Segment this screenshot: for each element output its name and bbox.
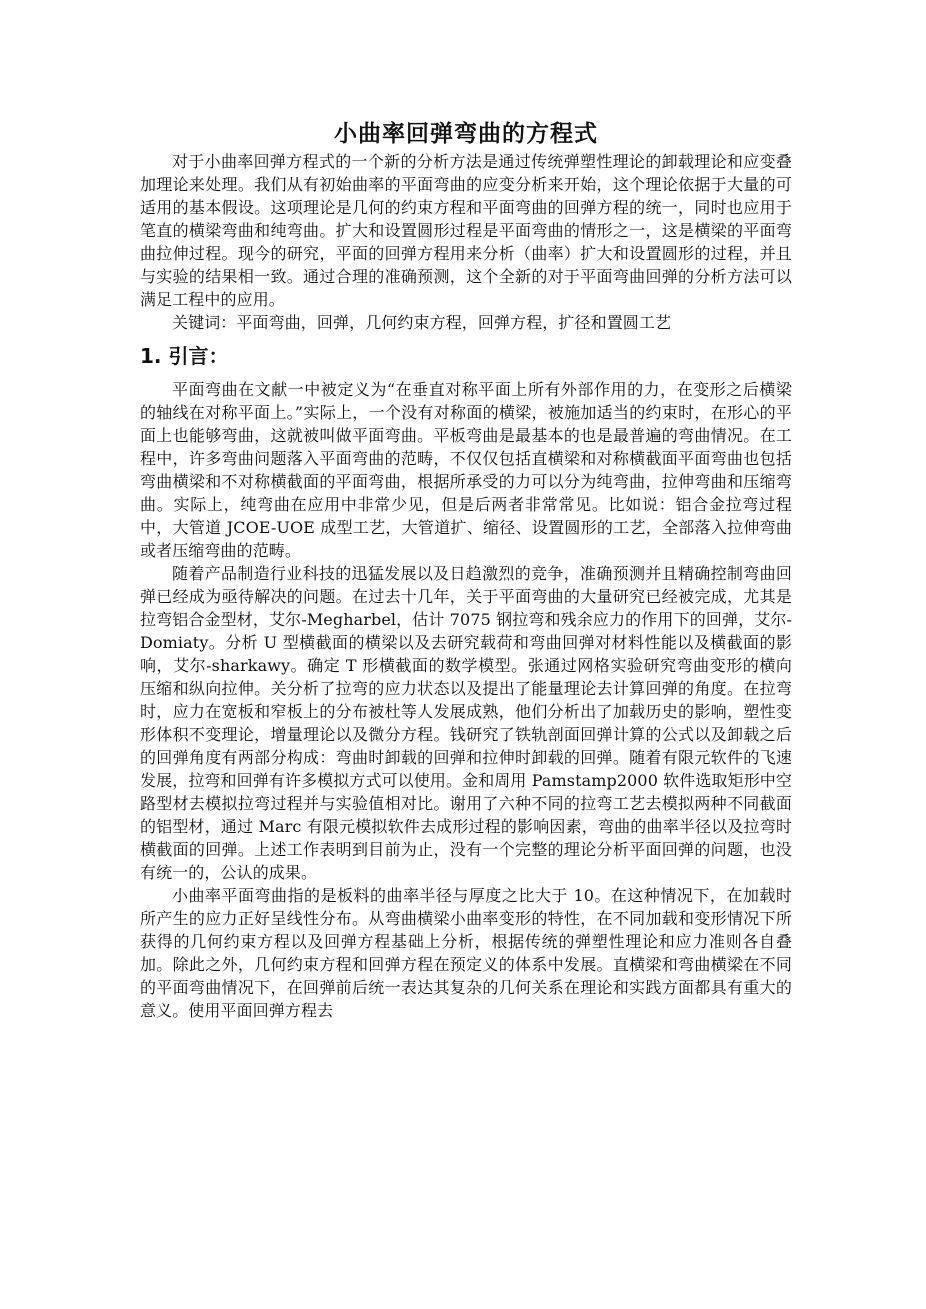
body-paragraph: 平面弯曲在文献一中被定义为“在垂直对称平面上所有外部作用的力，在变形之后横梁的轴… bbox=[140, 378, 792, 562]
document-title: 小曲率回弹弯曲的方程式 bbox=[140, 118, 792, 150]
abstract-paragraph: 对于小曲率回弹方程式的一个新的分析方法是通过传统弹塑性理论的卸载理论和应变叠加理… bbox=[140, 150, 792, 311]
body-paragraph: 小曲率平面弯曲指的是板料的曲率半径与厚度之比大于 10。在这种情况下，在加载时所… bbox=[140, 884, 792, 1022]
keywords-line: 关键词：平面弯曲，回弹，几何约束方程，回弹方程，扩径和置圆工艺 bbox=[140, 311, 792, 334]
section-heading-introduction: 1. 引言： bbox=[140, 342, 792, 370]
document-page: 小曲率回弹弯曲的方程式 对于小曲率回弹方程式的一个新的分析方法是通过传统弹塑性理… bbox=[140, 118, 792, 1022]
body-paragraph: 随着产品制造行业科技的迅猛发展以及日趋激烈的竞争，准确预测并且精确控制弯曲回弹已… bbox=[140, 562, 792, 884]
